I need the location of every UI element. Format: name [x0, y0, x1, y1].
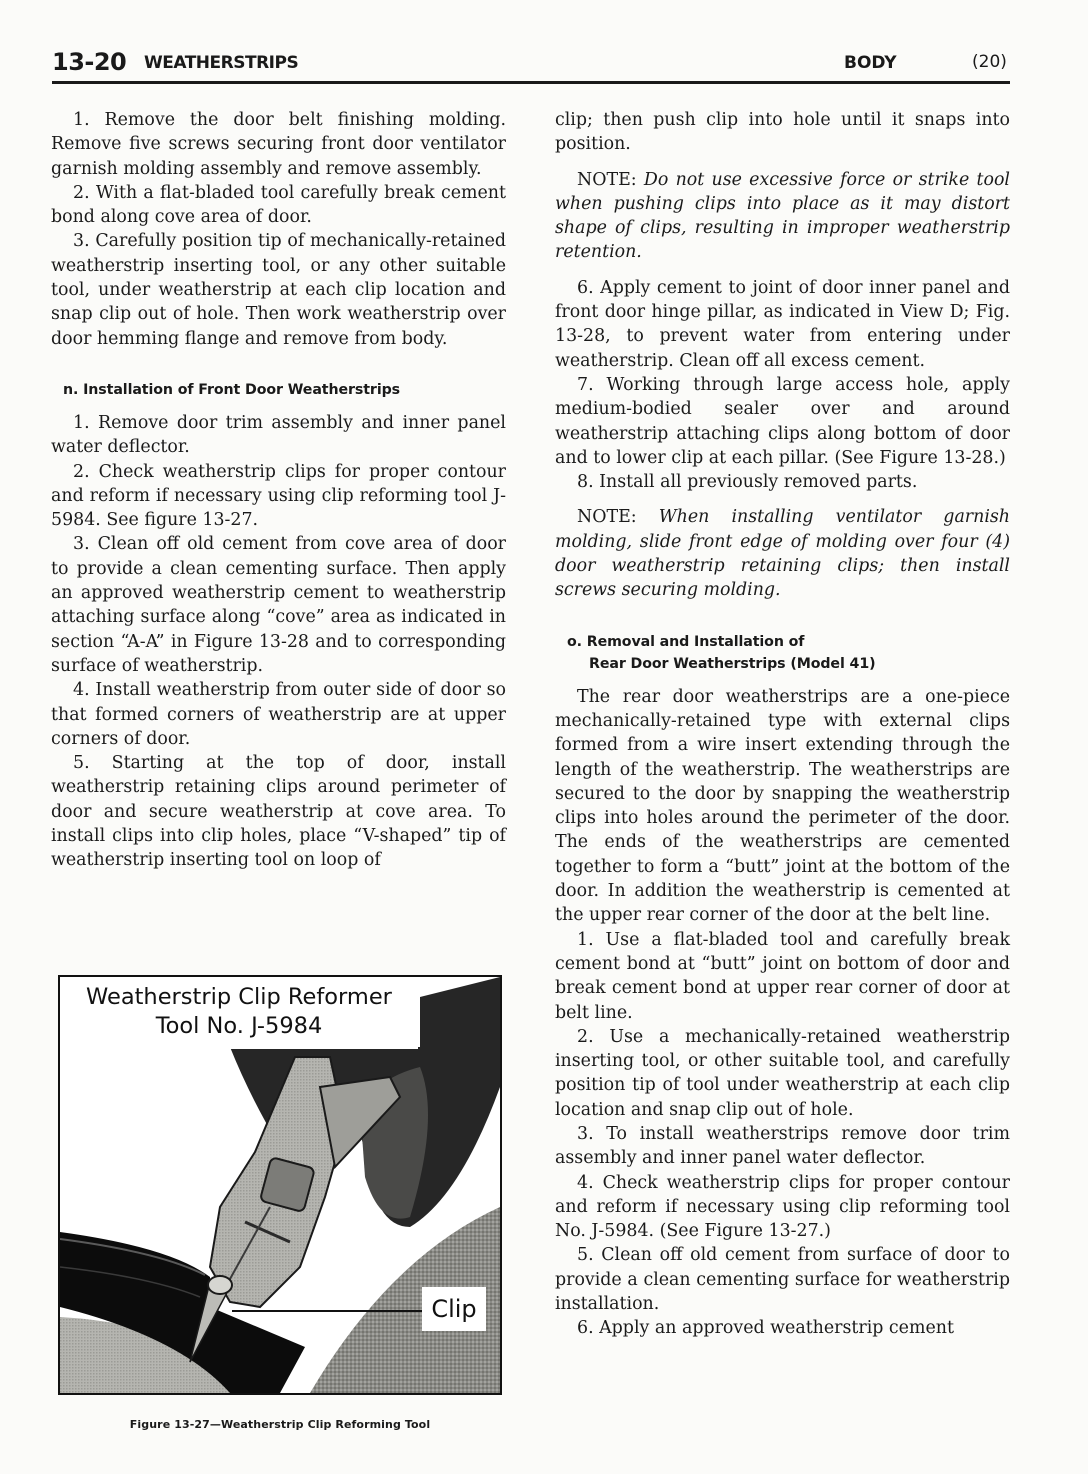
step-paragraph: 3. To install weatherstrips remove door … [555, 1122, 1010, 1171]
step-paragraph: 1. Remove the door belt finishing moldin… [51, 108, 506, 181]
step-paragraph: 5. Starting at the top of door, install … [51, 751, 506, 872]
left-column: 1. Remove the door belt finishing moldin… [51, 108, 506, 873]
page-number: (20) [972, 52, 1007, 72]
right-column: clip; then push clip into hole until it … [555, 108, 1010, 1341]
note-block: NOTE: Do not use excessive force or stri… [555, 168, 1010, 265]
figure-title: Weatherstrip Clip Reformer Tool No. J-59… [60, 977, 418, 1049]
figure-caption: Figure 13-27—Weatherstrip Clip Reforming… [58, 1418, 502, 1431]
step-paragraph: 4. Check weatherstrip clips for proper c… [555, 1171, 1010, 1244]
step-paragraph: 6. Apply an approved weatherstrip cement [555, 1316, 1010, 1340]
note-label: NOTE: [577, 170, 637, 190]
step-paragraph: 2. With a flat-bladed tool carefully bre… [51, 181, 506, 230]
step-paragraph: 4. Install weatherstrip from outer side … [51, 678, 506, 751]
section-heading-n: n. Installation of Front Door Weatherstr… [51, 379, 506, 401]
step-paragraph: 5. Clean off old cement from surface of … [555, 1243, 1010, 1316]
figure-title-line1: Weatherstrip Clip Reformer [60, 983, 418, 1012]
step-paragraph: 8. Install all previously removed parts. [555, 470, 1010, 494]
intro-paragraph: The rear door weatherstrips are a one-pi… [555, 685, 1010, 928]
figure-13-27: Weatherstrip Clip Reformer Tool No. J-59… [58, 975, 502, 1395]
section-heading-line1: o. Removal and Installation of [567, 634, 804, 650]
step-paragraph: 1. Remove door trim assembly and inner p… [51, 411, 506, 460]
header-rule [52, 81, 1010, 84]
step-paragraph: 1. Use a flat-bladed tool and carefully … [555, 928, 1010, 1025]
page-header: 13-20 WEATHERSTRIPS BODY (20) [52, 48, 1010, 78]
section-title: WEATHERSTRIPS [144, 53, 298, 73]
continuation-paragraph: clip; then push clip into hole until it … [555, 108, 1010, 157]
step-paragraph: 7. Working through large access hole, ap… [555, 373, 1010, 470]
clip-callout-label: Clip [422, 1287, 486, 1331]
step-paragraph: 2. Check weatherstrip clips for proper c… [51, 460, 506, 533]
section-heading-o: o. Removal and Installation of Rear Door… [555, 631, 1010, 675]
step-paragraph: 3. Clean off old cement from cove area o… [51, 532, 506, 678]
figure-title-line2: Tool No. J-5984 [60, 1012, 418, 1041]
section-heading-line2: Rear Door Weatherstrips (Model 41) [567, 653, 1010, 675]
step-paragraph: 2. Use a mechanically-retained weatherst… [555, 1025, 1010, 1122]
chapter-label: BODY [844, 53, 897, 73]
step-paragraph: 6. Apply cement to joint of door inner p… [555, 276, 1010, 373]
note-block: NOTE: When installing ventilator garnish… [555, 505, 1010, 602]
step-paragraph: 3. Carefully position tip of mechanicall… [51, 229, 506, 350]
note-label: NOTE: [577, 507, 637, 527]
section-number: 13-20 [52, 48, 126, 76]
